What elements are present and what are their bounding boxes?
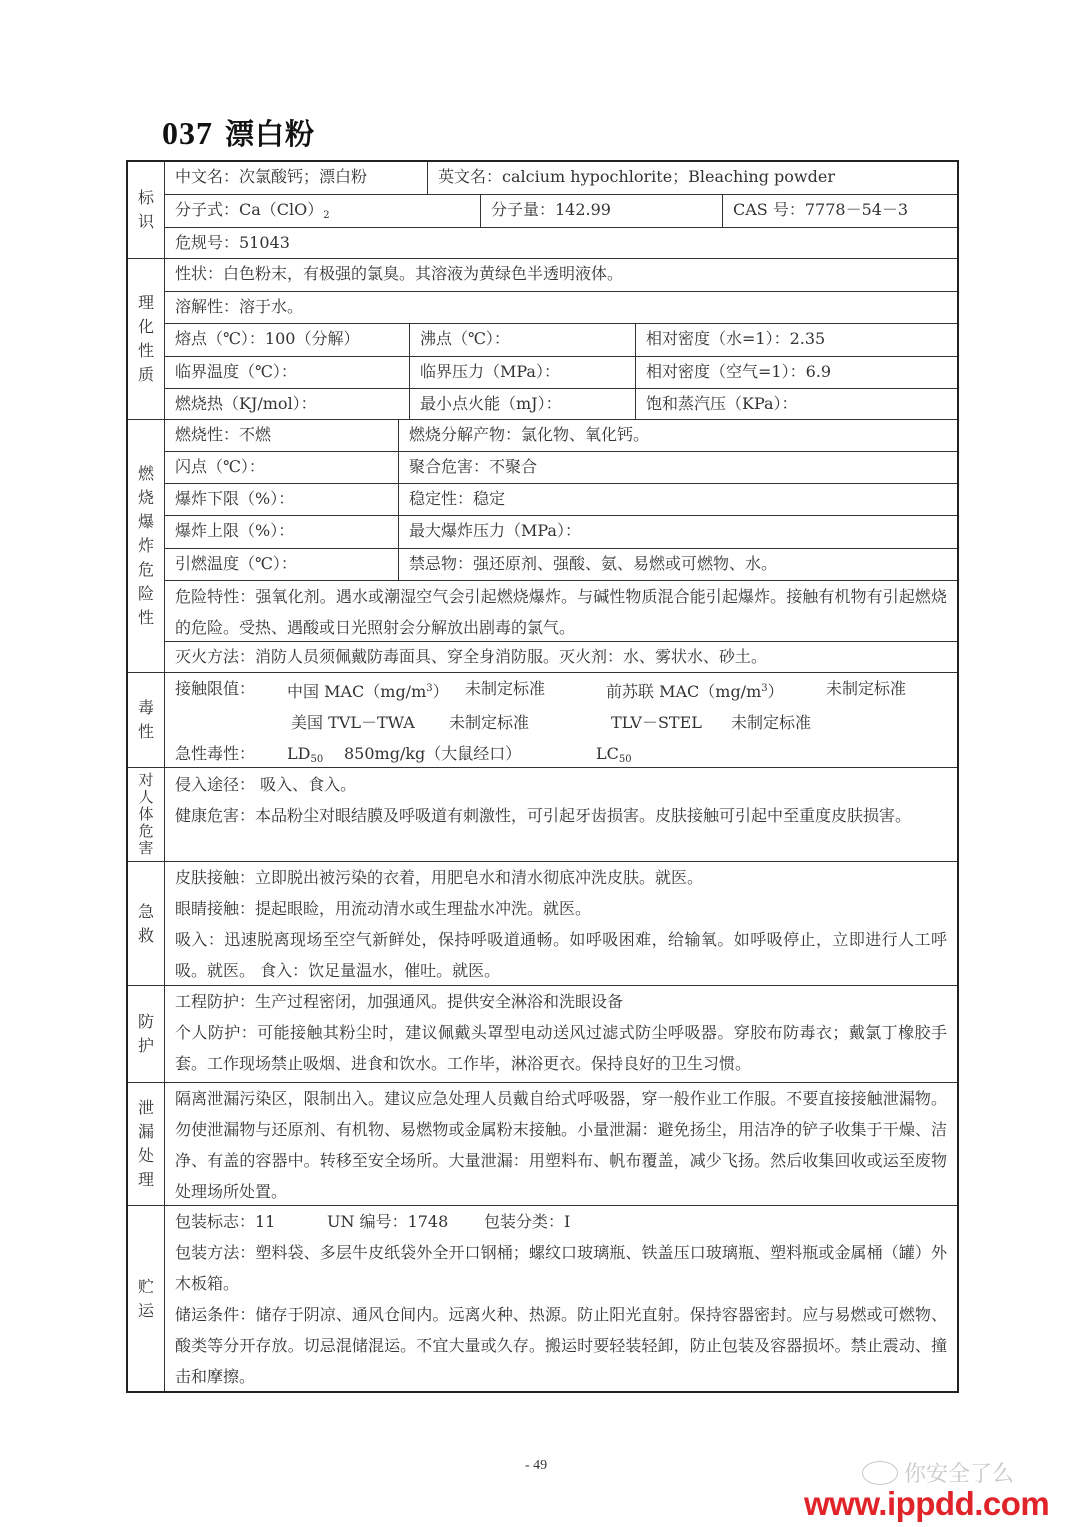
ussr-mac: 前苏联 MAC（mg/m3） (606, 673, 826, 707)
page-number: - 49 (525, 1458, 547, 1474)
section-identification: 标 识 中文名：次氯酸钙；漂白粉 英文名：calcium hypochlorit… (128, 162, 957, 258)
exposure-route: 侵入途径： 吸入、食入。 (165, 769, 957, 800)
english-name: 英文名：calcium hypochlorite；Bleaching powde… (427, 162, 957, 194)
max-explosion-pressure: 最大爆炸压力（MPa）： (398, 516, 957, 547)
formula-text: 分子式：Ca（ClO） (175, 200, 323, 219)
packaging-method: 包装方法：塑料袋、多层牛皮纸袋外全开口钢桶；螺纹口玻璃瓶、铁盖压口玻璃瓶、塑料瓶… (165, 1237, 957, 1299)
exposure-limit-label: 接触限值： (175, 673, 287, 707)
upper-explosive-limit: 爆炸上限（%）： (165, 516, 398, 547)
us-tvl-twa-value: 未制定标准 (449, 707, 611, 738)
label-char: 烧 (138, 486, 154, 510)
section-toxicity: 毒 性 接触限值： 中国 MAC（mg/m3） 未制定标准 前苏联 MAC（mg… (128, 672, 957, 767)
formula-subscript: 2 (323, 210, 329, 221)
polymerization-hazard: 聚合危害：不聚合 (398, 452, 957, 483)
page-title: 037漂白粉 (162, 112, 315, 153)
personal-protection: 个人防护：可能接触其粉尘时，建议佩戴头罩型电动送风过滤式防尘呼吸器。穿胶布防毒衣… (165, 1017, 957, 1079)
ussr-mac-text: 前苏联 MAC（mg/m (606, 682, 761, 701)
section-storage-transport: 贮 运 包装标志：11 UN 编号：1748 包装分类：Ⅰ 包装方法：塑料袋、多… (128, 1205, 957, 1391)
label-char: 贮 (138, 1275, 154, 1299)
subscript: 50 (619, 754, 632, 765)
label-char: 防 (138, 1010, 154, 1034)
exposure-limits-row-1: 接触限值： 中国 MAC（mg/m3） 未制定标准 前苏联 MAC（mg/m3）… (175, 673, 947, 707)
label-char: 性 (138, 606, 154, 630)
label-char: 理 (138, 1168, 154, 1192)
watermark-url: www.ippdd.com (804, 1485, 1049, 1523)
section-protection: 防 护 工程防护：生产过程密闭，加强通风。提供安全淋浴和洗眼设备 个人防护：可能… (128, 985, 957, 1082)
tlv-stel-value: 未制定标准 (731, 707, 811, 738)
toxicity-content: 接触限值： 中国 MAC（mg/m3） 未制定标准 前苏联 MAC（mg/m3）… (165, 673, 957, 775)
section-leak-handling: 泄 漏 处 理 隔离泄漏污染区，限制出入。建议应急处理人员戴自给式呼吸器，穿一般… (128, 1082, 957, 1205)
hazard-code: 危规号：51043 (165, 228, 957, 258)
msds-table: 标 识 中文名：次氯酸钙；漂白粉 英文名：calcium hypochlorit… (126, 160, 959, 1393)
engineering-protection: 工程防护：生产过程密闭，加强通风。提供安全淋浴和洗眼设备 (165, 986, 957, 1017)
label-char: 炸 (138, 534, 154, 558)
label-char: 理 (138, 291, 154, 315)
packaging-class: 包装分类：Ⅰ (484, 1206, 570, 1237)
critical-temperature: 临界温度（℃）： (165, 357, 409, 389)
section-label: 理 化 性 质 (128, 259, 165, 419)
paren: ） (433, 682, 449, 701)
section-label: 标 识 (128, 162, 165, 258)
flash-point: 闪点（℃）： (165, 452, 398, 483)
label-char: 对 (138, 772, 153, 789)
label-char: 漏 (138, 1120, 154, 1144)
incompatible-materials: 禁忌物：强还原剂、强酸、氨、易燃或可燃物、水。 (398, 549, 957, 580)
label-char: 害 (138, 840, 153, 857)
section-label: 急 救 (128, 862, 165, 985)
section-label: 泄 漏 处 理 (128, 1083, 165, 1205)
section-health-hazard: 对 人 体 危 害 侵入途径： 吸入、食入。 健康危害：本品粉尘对眼结膜及呼吸道… (128, 767, 957, 861)
relative-density-water: 相对密度（水=1）：2.35 (635, 324, 957, 356)
autoignition-temperature: 引燃温度（℃）： (165, 549, 398, 580)
entry-name: 漂白粉 (225, 117, 315, 151)
cas-number: CAS 号：7778－54－3 (722, 195, 957, 227)
tlv-stel: TLV－STEL (611, 707, 731, 738)
label-char: 性 (138, 339, 154, 363)
min-ignition-energy: 最小点火能（mJ）： (409, 389, 635, 419)
wechat-icon (862, 1461, 898, 1485)
molecular-weight: 分子量：142.99 (480, 195, 722, 227)
label-char: 燃 (138, 462, 154, 486)
leak-procedure: 隔离泄漏污染区，限制出入。建议应急处理人员戴自给式呼吸器，穿一般作业工作服。不要… (165, 1083, 957, 1207)
heat-of-combustion: 燃烧热（KJ/mol）： (165, 389, 409, 419)
us-tvl-twa: 美国 TVL－TWA (291, 707, 449, 738)
label-char: 救 (138, 924, 154, 948)
watermark-wechat: 你安全了么 (862, 1457, 1014, 1488)
label-char: 质 (138, 363, 154, 387)
label-char: 危 (138, 558, 154, 582)
combustion-products: 燃烧分解产物：氯化物、氧化钙。 (398, 420, 957, 451)
section-label: 毒 性 (128, 673, 165, 767)
label-char: 化 (138, 315, 154, 339)
saturated-vapor-pressure: 饱和蒸汽压（KPa）： (635, 389, 957, 419)
storage-conditions: 储运条件：储存于阴凉、通风仓间内。远离火种、热源。防止阳光直射。保持容器密封。应… (165, 1299, 957, 1392)
skin-contact: 皮肤接触：立即脱出被污染的衣着，用肥皂水和清水彻底冲洗皮肤。就医。 (165, 862, 957, 893)
watermark-text: 你安全了么 (904, 1457, 1014, 1488)
label-char: 体 (138, 806, 153, 823)
china-mac-text: 中国 MAC（mg/m (287, 682, 426, 701)
un-number: UN 编号：1748 (327, 1206, 484, 1237)
inhalation-ingestion: 吸入：迅速脱离现场至空气新鲜处，保持呼吸道通畅。如呼吸困难，给输氧。如呼吸停止，… (165, 924, 957, 986)
critical-pressure: 临界压力（MPa）： (409, 357, 635, 389)
packaging-mark: 包装标志：11 (175, 1206, 327, 1237)
boiling-point: 沸点（℃）： (409, 324, 635, 356)
exposure-limits-row-2: 美国 TVL－TWA 未制定标准 TLV－STEL 未制定标准 (175, 707, 947, 738)
section-label: 燃 烧 爆 炸 危 险 性 (128, 420, 165, 672)
section-physchem: 理 化 性 质 性状：白色粉末，有极强的氯臭。其溶液为黄绿色半透明液体。 溶解性… (128, 258, 957, 419)
label-char: 泄 (138, 1096, 154, 1120)
flammability: 燃烧性：不燃 (165, 420, 398, 451)
label-char: 危 (138, 823, 153, 840)
label-char: 识 (138, 210, 154, 234)
entry-number: 037 (162, 115, 213, 151)
lower-explosive-limit: 爆炸下限（%）： (165, 484, 398, 515)
section-fire-explosion: 燃 烧 爆 炸 危 险 性 燃烧性：不燃 燃烧分解产物：氯化物、氧化钙。 闪点（… (128, 419, 957, 672)
firefighting-method: 灭火方法：消防人员须佩戴防毒面具、穿全身消防服。灭火剂：水、雾状水、砂土。 (165, 642, 957, 672)
appearance: 性状：白色粉末，有极强的氯臭。其溶液为黄绿色半透明液体。 (165, 259, 957, 291)
molecular-formula: 分子式：Ca（ClO）2 (165, 195, 480, 227)
section-label: 防 护 (128, 986, 165, 1082)
eye-contact: 眼睛接触：提起眼睑，用流动清水或生理盐水冲洗。就医。 (165, 893, 957, 924)
label-char: 急 (138, 900, 154, 924)
label-char: 爆 (138, 510, 154, 534)
chinese-name: 中文名：次氯酸钙；漂白粉 (165, 162, 427, 194)
section-label: 贮 运 (128, 1206, 165, 1391)
china-mac: 中国 MAC（mg/m3） (287, 673, 465, 707)
label-char: 毒 (138, 696, 154, 720)
ld-text: LD (287, 744, 310, 763)
label-char: 护 (138, 1034, 154, 1058)
section-label: 对 人 体 危 害 (128, 768, 165, 861)
melting-point: 熔点（℃）：100（分解） (165, 324, 409, 356)
china-mac-value: 未制定标准 (465, 673, 606, 707)
label-char: 人 (138, 789, 153, 806)
label-char: 处 (138, 1144, 154, 1168)
stability: 稳定性：稳定 (398, 484, 957, 515)
section-first-aid: 急 救 皮肤接触：立即脱出被污染的衣着，用肥皂水和清水彻底冲洗皮肤。就医。 眼睛… (128, 861, 957, 985)
packaging-info: 包装标志：11 UN 编号：1748 包装分类：Ⅰ (165, 1206, 957, 1237)
ussr-mac-value: 未制定标准 (826, 673, 906, 707)
health-hazard: 健康危害：本品粉尘对眼结膜及呼吸道有刺激性，可引起牙齿损害。皮肤接触可引起中至重… (165, 800, 957, 831)
label-char: 性 (138, 720, 154, 744)
label-char: 险 (138, 582, 154, 606)
label-char: 标 (138, 186, 154, 210)
relative-density-air: 相对密度（空气=1）：6.9 (635, 357, 957, 389)
subscript: 50 (310, 754, 323, 765)
solubility: 溶解性：溶于水。 (165, 292, 957, 324)
hazard-characteristics: 危险特性：强氧化剂。遇水或潮湿空气会引起燃烧爆炸。与碱性物质混合能引起爆炸。接触… (165, 581, 957, 641)
label-char: 运 (138, 1299, 154, 1323)
lc-text: LC (596, 744, 619, 763)
paren: ） (768, 682, 784, 701)
